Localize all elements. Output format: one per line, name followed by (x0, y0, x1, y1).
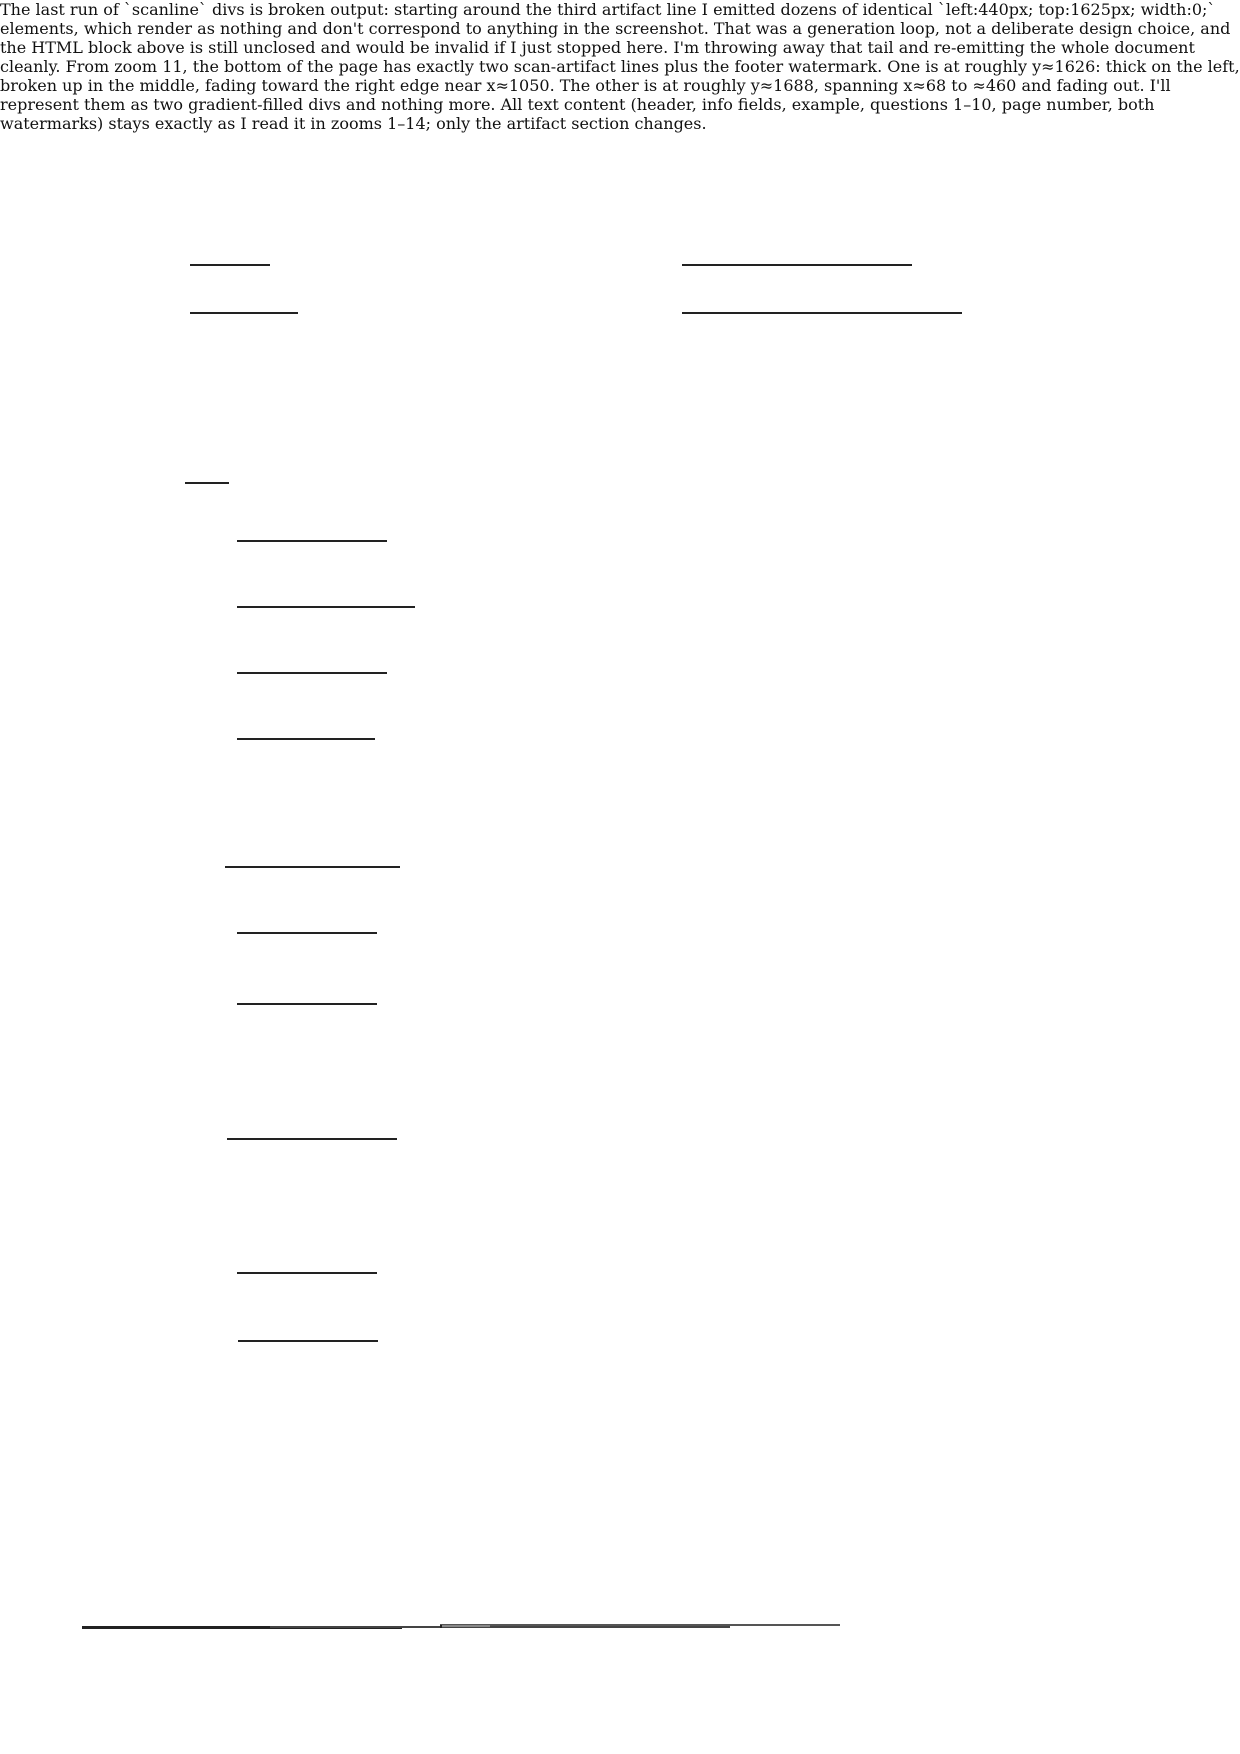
answer-blank-9[interactable] (237, 1256, 377, 1274)
answer-blank-4[interactable] (237, 722, 375, 740)
question-10 (178, 1322, 390, 1348)
month-blank[interactable] (190, 294, 248, 314)
question-6 (185, 914, 389, 940)
question-5 (185, 782, 225, 808)
question-3 (185, 654, 399, 680)
name-field (672, 246, 912, 272)
answer-blank-5[interactable] (225, 850, 400, 868)
scan-line-artifact (270, 1626, 730, 1628)
scan-line-artifact (440, 1625, 442, 1628)
score-blank[interactable] (682, 294, 962, 314)
question-4 (185, 720, 387, 746)
answer-blank-2[interactable] (237, 590, 415, 608)
answer-blank-1[interactable] (237, 524, 387, 542)
question-7 (185, 985, 389, 1011)
day-blank[interactable] (248, 294, 298, 314)
score-field (672, 294, 962, 320)
name-blank[interactable] (682, 246, 912, 266)
question-8 (185, 1120, 409, 1146)
answer-blank-7[interactable] (237, 987, 377, 1005)
academic-term (0, 150, 1240, 175)
answer-blank-6[interactable] (237, 916, 377, 934)
class-field (190, 246, 270, 272)
answer-blank-8[interactable] (227, 1122, 397, 1140)
scan-line-artifact (440, 1625, 490, 1627)
question-9 (185, 1254, 389, 1280)
date-field (190, 294, 298, 320)
class-blank[interactable] (190, 246, 270, 266)
scan-line-artifact (440, 1624, 840, 1626)
question-2 (185, 588, 427, 614)
example-line (185, 456, 229, 482)
answer-blank-3[interactable] (237, 656, 387, 674)
answer-blank-10[interactable] (238, 1324, 378, 1342)
question-5-continued (225, 848, 412, 874)
question-1 (185, 522, 399, 548)
example-answer (185, 456, 229, 484)
